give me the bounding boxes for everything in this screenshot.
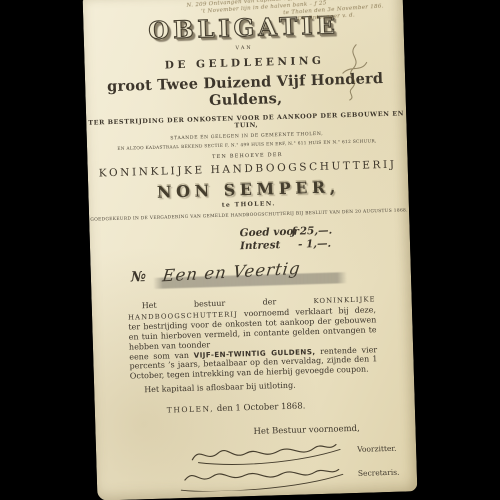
intrest-label: Intrest <box>240 239 281 252</box>
goed-voor-label: Goed voor <box>239 226 299 240</box>
voorzitter-label: Voorzitter. <box>357 444 397 454</box>
paragraph-2: eene som van VIJF-EN-TWINTIG GULDENS, re… <box>129 345 378 381</box>
goed-voor-value: ƒ 25,—. <box>291 225 332 238</box>
body-text: Het bestuur der KONINKLIJKE HANDBOOGSCHU… <box>92 293 415 396</box>
place-caps: THOLEN, <box>167 404 215 414</box>
date-rest: den 1 October 1868. <box>214 401 306 414</box>
paragraph-1: Het bestuur der KONINKLIJKE HANDBOOGSCHU… <box>128 294 377 352</box>
bond-number-row: № Een en Veertig <box>91 259 412 292</box>
bond-certificate-paper: N. 209 Ontvangen van capitaal vijf en tw… <box>83 0 418 500</box>
handwritten-rubric-mark <box>336 42 372 101</box>
numero-prefix: № <box>131 269 147 285</box>
intrest-value: - 1,—. <box>298 238 331 251</box>
document-content: N. 209 Ontvangen van capitaal vijf en tw… <box>83 0 418 500</box>
place-date-line: THOLEN, den 1 October 1868. <box>95 398 415 417</box>
paragraph-3: Het kapitaal is aflosbaar bij uitloting. <box>130 378 378 395</box>
intrest-row: Intrest - 1,—. <box>240 236 380 253</box>
value-block: Goed voor ƒ 25,—. Intrest - 1,—. <box>239 223 380 253</box>
secretaris-label: Secretaris. <box>358 468 400 478</box>
secretaris-signature <box>179 461 348 492</box>
